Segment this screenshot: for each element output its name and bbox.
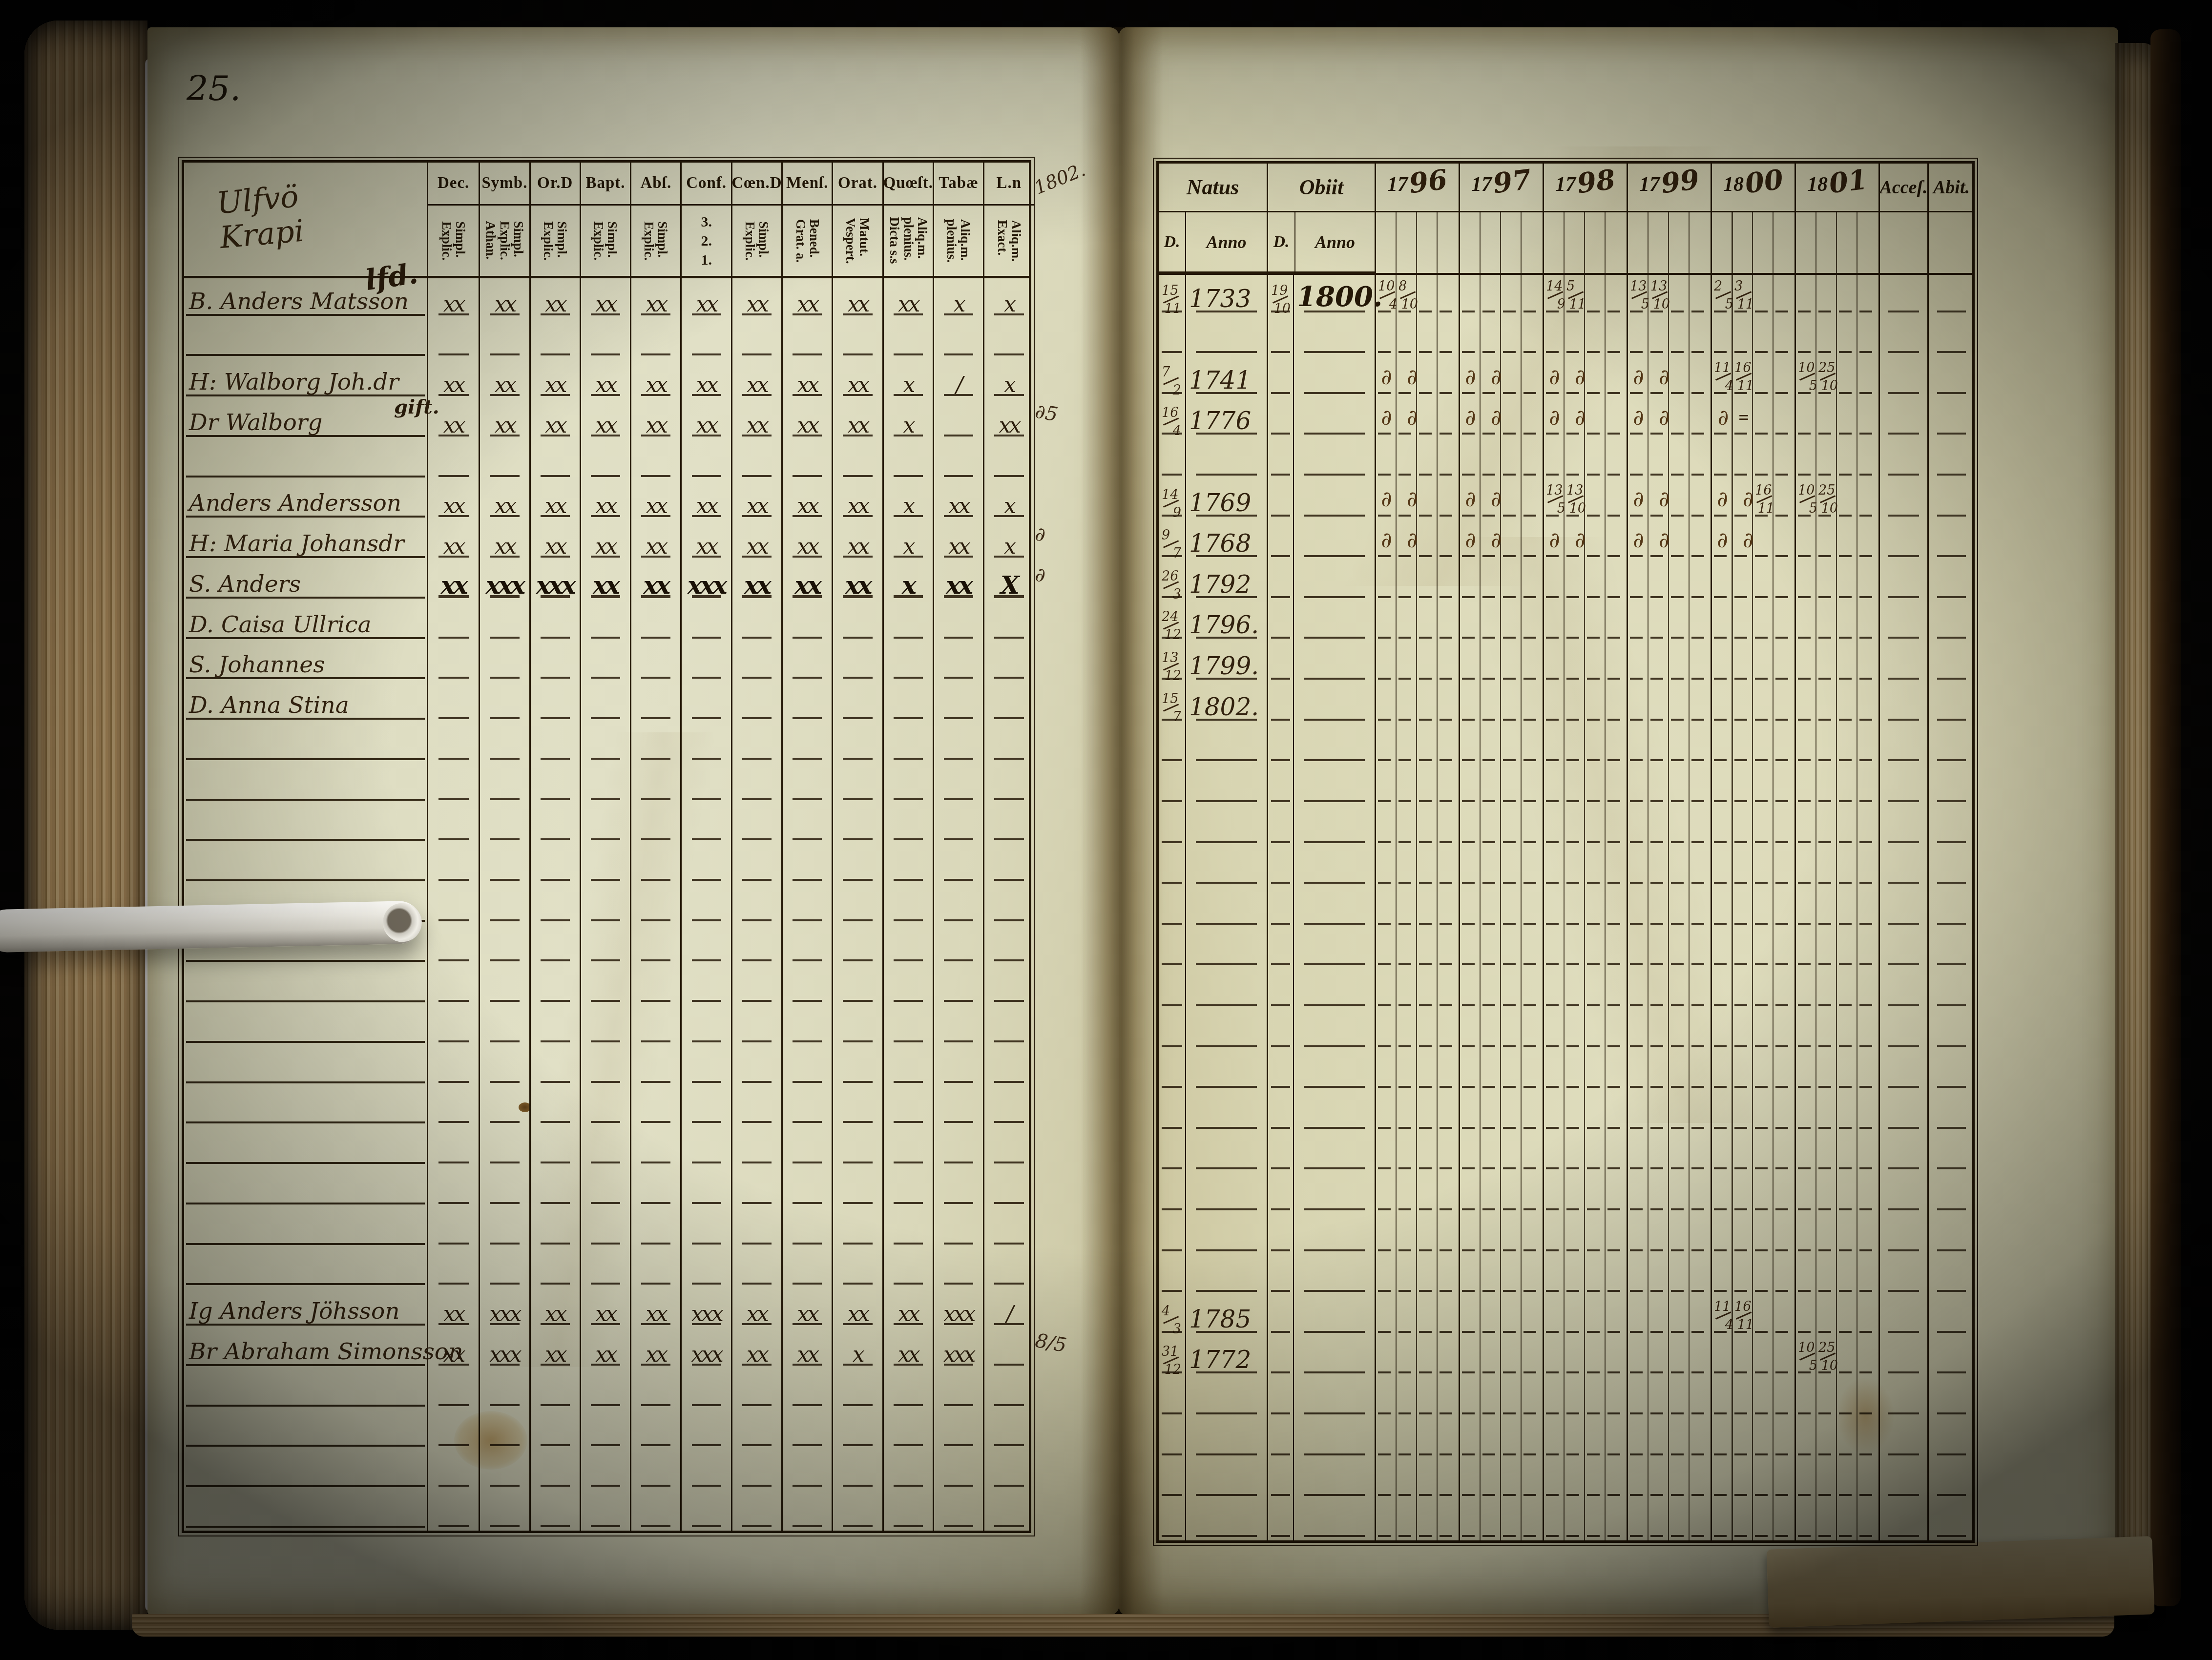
- abit-cell: [1927, 479, 1974, 520]
- mark-cell: [529, 1126, 580, 1167]
- communion-year-cell: 1052510: [1795, 479, 1878, 520]
- natus-year: 1796.: [1189, 611, 1259, 639]
- date-token: 2510: [1817, 362, 1838, 392]
- mark-cell: [529, 804, 580, 844]
- date-token: 1310: [1565, 484, 1586, 515]
- mark-cell: xx: [933, 480, 983, 521]
- mark-cell: [428, 642, 479, 683]
- name-cell: [184, 1369, 428, 1410]
- subheader-line: Vespert.: [844, 218, 857, 264]
- mark-cell: [479, 844, 529, 884]
- abit-cell: [1927, 397, 1974, 438]
- communion-year-cell: [1543, 1499, 1627, 1540]
- communion-year-cell: [1711, 806, 1795, 847]
- mark-cell: [680, 763, 730, 804]
- obiit-year-cell: [1293, 847, 1375, 888]
- communion-year-cell: [1459, 560, 1543, 602]
- natus-year-cell: 1796.: [1185, 602, 1267, 643]
- mark-cell: xx: [580, 399, 630, 440]
- mark-cell: /: [933, 359, 983, 399]
- subheader-line: Simpl.: [605, 221, 619, 260]
- mark-cell: xxx: [933, 1288, 983, 1328]
- abit-cell: [1927, 1418, 1974, 1459]
- mark-cell: [580, 844, 630, 884]
- mark-cell: [630, 1046, 680, 1086]
- communion-year-cell: [1459, 765, 1543, 806]
- communion-year-cell: ∂∂1611: [1711, 479, 1795, 520]
- date-token: 149: [1545, 280, 1565, 311]
- mark-cell: xx: [832, 359, 882, 399]
- communion-year-cell: [1795, 275, 1878, 316]
- abit-cell: [1927, 275, 1974, 316]
- left-table-header: Ulfvö Krapi lfd. Dec.Explic.Simpl.Symb.A…: [184, 163, 1029, 278]
- mark-cell: [933, 1490, 983, 1531]
- mark-cell: [781, 319, 832, 359]
- mark-cell: [630, 1005, 680, 1046]
- margin-note: ∂5: [1033, 400, 1059, 426]
- communion-year-cell: [1711, 765, 1795, 806]
- communion-year-cell: [1375, 1295, 1459, 1336]
- mark-cell: [832, 1207, 882, 1248]
- mark-cell: [580, 1248, 630, 1288]
- natus-year-cell: 1785: [1185, 1295, 1267, 1336]
- mark-cell: xx: [580, 359, 630, 399]
- communion-year-cell: [1795, 642, 1878, 683]
- mark-cell: [933, 925, 983, 965]
- year-header: 1800: [1712, 164, 1795, 212]
- rotated-subheader: Explic.Simpl.: [439, 221, 467, 260]
- communion-year-cell: ∂∂: [1627, 520, 1711, 561]
- column-subheader: Athan.Explic.Simpl.: [480, 206, 529, 276]
- register-row: [1159, 1051, 1972, 1092]
- mark-cell: [731, 925, 781, 965]
- communion-year-cell: [1795, 847, 1878, 888]
- date-token: 105: [1797, 1342, 1817, 1372]
- mark-cell: [680, 965, 730, 1005]
- natus-day-cell: 149: [1159, 479, 1185, 520]
- communion-year-cell: [1543, 1255, 1627, 1296]
- grade-line: 1.: [701, 250, 712, 270]
- mark-cell: [933, 1410, 983, 1450]
- mark-cell: [529, 723, 580, 763]
- obiit-day-cell: [1267, 642, 1293, 683]
- communion-year-cell: [1711, 1255, 1795, 1296]
- mark-cell: [428, 1086, 479, 1127]
- denominator: 5: [1557, 501, 1565, 516]
- ditto-marks: ∂∂: [1713, 487, 1754, 512]
- mark-cell: [933, 723, 983, 763]
- communion-year-cell: [1459, 1418, 1543, 1459]
- abit-cell: [1927, 1295, 1974, 1336]
- denominator: 11: [1737, 1317, 1754, 1332]
- name-cell: [184, 1490, 428, 1531]
- numerator: 16: [1734, 360, 1751, 375]
- person-name: D. Caisa Ullrica: [189, 611, 372, 638]
- mark-cell: [731, 1450, 781, 1490]
- denominator: 10: [1821, 1358, 1838, 1373]
- date-token: 511: [1565, 280, 1586, 311]
- mark-cell: [781, 1450, 832, 1490]
- mark-cell: xx: [529, 1288, 580, 1328]
- communion-year-cell: [1795, 1459, 1878, 1500]
- obiit-day-cell: [1267, 1051, 1293, 1092]
- column-header-conf: Conf.3.2.1.: [680, 163, 730, 276]
- denominator: 3: [1173, 1322, 1181, 1337]
- mark-cell: xx: [580, 278, 630, 319]
- mark-cell: [983, 884, 1033, 925]
- mark-cell: [882, 1086, 933, 1127]
- mark-cell: xx: [479, 399, 529, 440]
- mark-cell: [479, 723, 529, 763]
- rotated-subheader: Explic.Simpl.: [541, 221, 569, 260]
- date-token: 114: [1713, 1301, 1733, 1331]
- mark-cell: [882, 925, 933, 965]
- natus-day-cell: [1159, 1132, 1185, 1173]
- year-handwritten-digits: 99: [1659, 163, 1701, 200]
- mark-cell: [933, 399, 983, 440]
- mark-cell: x: [882, 399, 933, 440]
- mark-cell: xx: [479, 278, 529, 319]
- register-row: [1159, 1010, 1972, 1051]
- year-printed-prefix: 17: [1639, 173, 1660, 196]
- communion-year-cell: [1459, 887, 1543, 928]
- mark-cell: [630, 1126, 680, 1167]
- mark-cell: [479, 1005, 529, 1046]
- mark-cell: [731, 844, 781, 884]
- obiit-day-cell: [1267, 479, 1293, 520]
- mark-cell: [832, 1126, 882, 1167]
- column-abbr: Orat.: [833, 163, 882, 206]
- communion-year-cell: [1543, 724, 1627, 765]
- communion-year-cell: [1459, 683, 1543, 724]
- year-handwritten-digits: 00: [1743, 163, 1785, 200]
- natus-year-cell: 1772: [1185, 1336, 1267, 1377]
- mark-cell: [882, 1490, 933, 1531]
- rotated-subheader: Explic.Simpl.: [592, 221, 620, 260]
- mark-cell: [529, 965, 580, 1005]
- mark-cell: [882, 1410, 933, 1450]
- communion-year-cell: [1459, 1499, 1543, 1540]
- date-fraction: 105: [1796, 1342, 1818, 1372]
- mark-cell: [832, 1005, 882, 1046]
- communion-year-cell: [1627, 602, 1711, 643]
- numerator: 9: [1162, 528, 1170, 543]
- obiit-day-cell: [1267, 1214, 1293, 1255]
- mark-cell: [882, 804, 933, 844]
- mark-cell: [680, 804, 730, 844]
- mark-cell: [983, 844, 1033, 884]
- date-token: 105: [1797, 484, 1817, 515]
- mark-cell: [680, 1248, 730, 1288]
- communion-year-cell: [1375, 1132, 1459, 1173]
- abit-cell: [1927, 887, 1974, 928]
- natus-year-cell: [1185, 1377, 1267, 1418]
- mark-cell: xx: [680, 359, 730, 399]
- communion-year-cell: ∂∂: [1627, 356, 1711, 397]
- grade-line: 3.: [701, 212, 712, 231]
- natus-year: 1792: [1189, 570, 1251, 599]
- year-header: 1798: [1544, 164, 1627, 212]
- mark-cell: [479, 1046, 529, 1086]
- natus-year: 1776: [1189, 407, 1251, 435]
- right-table-body: 1511173319101800.10481014951113513102531…: [1159, 275, 1972, 1540]
- denominator: 12: [1165, 1362, 1181, 1377]
- ditto-marks: ∂∂: [1629, 528, 1670, 553]
- mark-cell: xxx: [479, 1328, 529, 1369]
- mark-cell: [983, 319, 1033, 359]
- mark-cell: [680, 1167, 730, 1207]
- obiit-day-cell: [1267, 969, 1293, 1010]
- mark-cell: [479, 1248, 529, 1288]
- mark-cell: [933, 682, 983, 723]
- acces-cell: [1878, 397, 1927, 438]
- column-subheader: Explic.Simpl.: [732, 206, 781, 276]
- acces-cell: [1878, 1499, 1927, 1540]
- natus-day-cell: 263: [1159, 560, 1185, 602]
- date-fraction: 72: [1160, 366, 1182, 396]
- rotated-subheader: Vespert.Matut.: [844, 218, 872, 264]
- mark-cell: xxx: [680, 1328, 730, 1369]
- abit-cell: [1927, 847, 1974, 888]
- mark-cell: [479, 1167, 529, 1207]
- subheader-line: Athan.: [484, 221, 498, 260]
- natus-header: Natus: [1159, 164, 1267, 212]
- natus-year-cell: [1185, 969, 1267, 1010]
- acces-cell: [1878, 724, 1927, 765]
- natus-year-cell: [1185, 316, 1267, 357]
- column-subheader: Explic.Simpl.: [581, 206, 630, 276]
- register-row: [184, 723, 1029, 763]
- communion-year-cell: [1627, 560, 1711, 602]
- communion-year-cell: [1795, 602, 1878, 643]
- communion-year-cell: [1459, 1255, 1543, 1296]
- acces-cell: [1878, 1214, 1927, 1255]
- abit-column: Abit.: [1927, 164, 1974, 273]
- obiit-day-cell: [1267, 602, 1293, 643]
- mark-cell: xx: [832, 480, 882, 521]
- obiit-year-cell: [1293, 397, 1375, 438]
- acces-cell: [1878, 1091, 1927, 1132]
- acces-cell: [1878, 1459, 1927, 1500]
- ditto-marks: ∂∂: [1545, 528, 1586, 553]
- mark-cell: [680, 1126, 730, 1167]
- communion-year-cell: [1795, 1010, 1878, 1051]
- natus-year-cell: 1802.: [1185, 683, 1267, 724]
- communion-year-cell: [1711, 1051, 1795, 1092]
- mark-cell: [731, 884, 781, 925]
- communion-year-cell: [1459, 1295, 1543, 1336]
- communion-year-cell: ∂∂: [1543, 356, 1627, 397]
- rotated-subheader: Explic.Simpl.: [743, 221, 771, 260]
- natus-day-cell: [1159, 724, 1185, 765]
- mark-cell: [529, 1490, 580, 1531]
- natus-year: 1785: [1189, 1305, 1251, 1333]
- abit-cell: [1927, 1214, 1974, 1255]
- mark-cell: x: [983, 520, 1033, 561]
- mark-cell: [781, 1410, 832, 1450]
- natus-year-cell: [1185, 806, 1267, 847]
- column-abbr: L.n: [984, 163, 1033, 206]
- mark-cell: [731, 965, 781, 1005]
- register-row: D. Caisa Ullrica: [184, 602, 1029, 642]
- date-fraction: 2510: [1817, 1342, 1838, 1372]
- natus-day-cell: 97: [1159, 520, 1185, 561]
- mark-cell: [832, 1450, 882, 1490]
- date-token: 135: [1629, 280, 1649, 311]
- mark-cell: [428, 682, 479, 723]
- register-row: [184, 763, 1029, 804]
- mark-cell: xx: [933, 520, 983, 561]
- natus-year: 1741: [1189, 366, 1251, 394]
- denominator: 10: [1569, 501, 1586, 516]
- left-table-column-headers: Dec.Explic.Simpl.Symb.Athan.Explic.Simpl…: [428, 163, 1034, 276]
- mark-cell: [832, 642, 882, 683]
- numerator: 15: [1162, 283, 1178, 298]
- name-cell: [184, 1248, 428, 1288]
- communion-year-cell: [1795, 969, 1878, 1010]
- subheader-line: Explic.: [498, 221, 511, 260]
- communion-year-cell: [1375, 847, 1459, 888]
- communion-year-cell: [1375, 724, 1459, 765]
- mark-cell: [731, 1126, 781, 1167]
- column-header-symb: Symb.Athan.Explic.Simpl.: [479, 163, 529, 276]
- register-row: 1641776∂∂∂∂∂∂∂∂∂=: [1159, 397, 1972, 438]
- obiit-year-cell: [1293, 1377, 1375, 1418]
- communion-year-cell: [1459, 1459, 1543, 1500]
- mark-cell: [630, 925, 680, 965]
- mark-cell: xx: [731, 480, 781, 521]
- mark-cell: [529, 1450, 580, 1490]
- communion-year-cell: [1459, 1132, 1543, 1173]
- obiit-day-cell: [1267, 1091, 1293, 1132]
- communion-year-cell: [1459, 969, 1543, 1010]
- name-cell: [184, 844, 428, 884]
- year-subcolumn-lines: [1796, 212, 1878, 273]
- mark-cell: [630, 844, 680, 884]
- mark-cell: [781, 642, 832, 683]
- obiit-year: 1800.: [1297, 281, 1382, 313]
- mark-cell: [580, 804, 630, 844]
- natus-year-cell: [1185, 847, 1267, 888]
- name-cell: [184, 723, 428, 763]
- ditto-marks: ∂∂: [1545, 365, 1586, 390]
- numerator: 25: [1818, 483, 1835, 498]
- obiit-year-cell: [1293, 1051, 1375, 1092]
- mark-cell: [933, 965, 983, 1005]
- photo-of-open-register-book: 25. Ulfvö Krapi lfd. Dec.Explic.Simpl.Sy…: [0, 0, 2212, 1660]
- mark-cell: [731, 1490, 781, 1531]
- mark-cell: xxx: [479, 561, 529, 602]
- mark-cell: [832, 925, 882, 965]
- communion-year-cell: [1795, 1418, 1878, 1459]
- obiit-year-cell: [1293, 1255, 1375, 1296]
- mark-cell: [479, 1490, 529, 1531]
- mark-cell: [428, 1410, 479, 1450]
- mark-cell: [680, 1410, 730, 1450]
- mark-cell: [983, 642, 1033, 683]
- acces-cell: [1878, 479, 1927, 520]
- mark-cell: xx: [580, 1328, 630, 1369]
- register-row: [1159, 1255, 1972, 1296]
- communion-year-cell: [1795, 724, 1878, 765]
- name-cell: S. Johannes: [184, 642, 428, 683]
- natus-day-cell: [1159, 1418, 1185, 1459]
- column-subheader: Vespert.Matut.: [833, 206, 882, 276]
- communion-year-cell: [1375, 1499, 1459, 1540]
- natus-day-cell: [1159, 806, 1185, 847]
- natus-day-cell: [1159, 438, 1185, 479]
- date-fraction: 114: [1712, 1301, 1734, 1331]
- mark-cell: [428, 1369, 479, 1410]
- mark-cell: [781, 1005, 832, 1046]
- column-header-tab: Tabæplenius.Aliq.m.: [933, 163, 983, 276]
- mark-cell: [428, 1207, 479, 1248]
- numerator: 13: [1566, 483, 1583, 498]
- mark-cell: [580, 682, 630, 723]
- numerator: 14: [1162, 487, 1178, 502]
- equals-token: =: [1733, 407, 1754, 429]
- mark-cell: [983, 723, 1033, 763]
- register-row: [1159, 316, 1972, 357]
- mark-cell: xx: [630, 480, 680, 521]
- obiit-day-cell: [1267, 1010, 1293, 1051]
- date-fraction: 104: [1377, 280, 1398, 311]
- mark-cell: [781, 723, 832, 763]
- mark-cell: [933, 844, 983, 884]
- communion-year-cell: ∂∂: [1711, 520, 1795, 561]
- subheader-line: Explic.: [592, 221, 605, 260]
- subheader-line: Explic.: [743, 221, 757, 260]
- mark-cell: [680, 642, 730, 683]
- mark-cell: [832, 1369, 882, 1410]
- communion-year-cell: 149511: [1543, 275, 1627, 316]
- mark-cell: xx: [933, 561, 983, 602]
- obiit-year-cell: [1293, 806, 1375, 847]
- mark-cell: xx: [529, 359, 580, 399]
- communion-year-cell: [1459, 275, 1543, 316]
- communion-year-cell: 1351310: [1543, 479, 1627, 520]
- mark-cell: [731, 804, 781, 844]
- denominator: 4: [1725, 1317, 1733, 1332]
- abit-cell: [1927, 1499, 1974, 1540]
- register-row: [1159, 847, 1972, 888]
- obiit-header: Obiit: [1268, 164, 1375, 212]
- mark-cell: x: [882, 359, 933, 399]
- column-subheader: Explic.Simpl.: [531, 206, 580, 276]
- mark-cell: xx: [529, 1328, 580, 1369]
- obiit-day-cell: [1267, 438, 1293, 479]
- numerator: 15: [1162, 691, 1178, 706]
- communion-year-cell: [1459, 642, 1543, 683]
- communion-year-cell: [1543, 560, 1627, 602]
- mark-cell: [580, 1369, 630, 1410]
- numerator: 2: [1714, 279, 1722, 294]
- date-fraction: 135: [1628, 280, 1650, 311]
- year-handwritten-digits: 96: [1407, 163, 1449, 200]
- obiit-day-cell: 1910: [1267, 275, 1293, 316]
- obiit-column-group: Obiit D. Anno: [1267, 164, 1375, 273]
- acces-header-space: [1880, 212, 1927, 273]
- subheader-line: Simpl.: [512, 221, 525, 260]
- name-column-header: Ulfvö Krapi lfd.: [184, 163, 428, 276]
- communion-year-cell: [1627, 1010, 1711, 1051]
- mark-cell: [580, 1005, 630, 1046]
- communion-year-cell: [1375, 1255, 1459, 1296]
- mark-cell: xx: [479, 520, 529, 561]
- communion-year-cell: [1375, 1051, 1459, 1092]
- obiit-day-cell: [1267, 887, 1293, 928]
- register-row: 1511173319101800.10481014951113513102531…: [1159, 275, 1972, 316]
